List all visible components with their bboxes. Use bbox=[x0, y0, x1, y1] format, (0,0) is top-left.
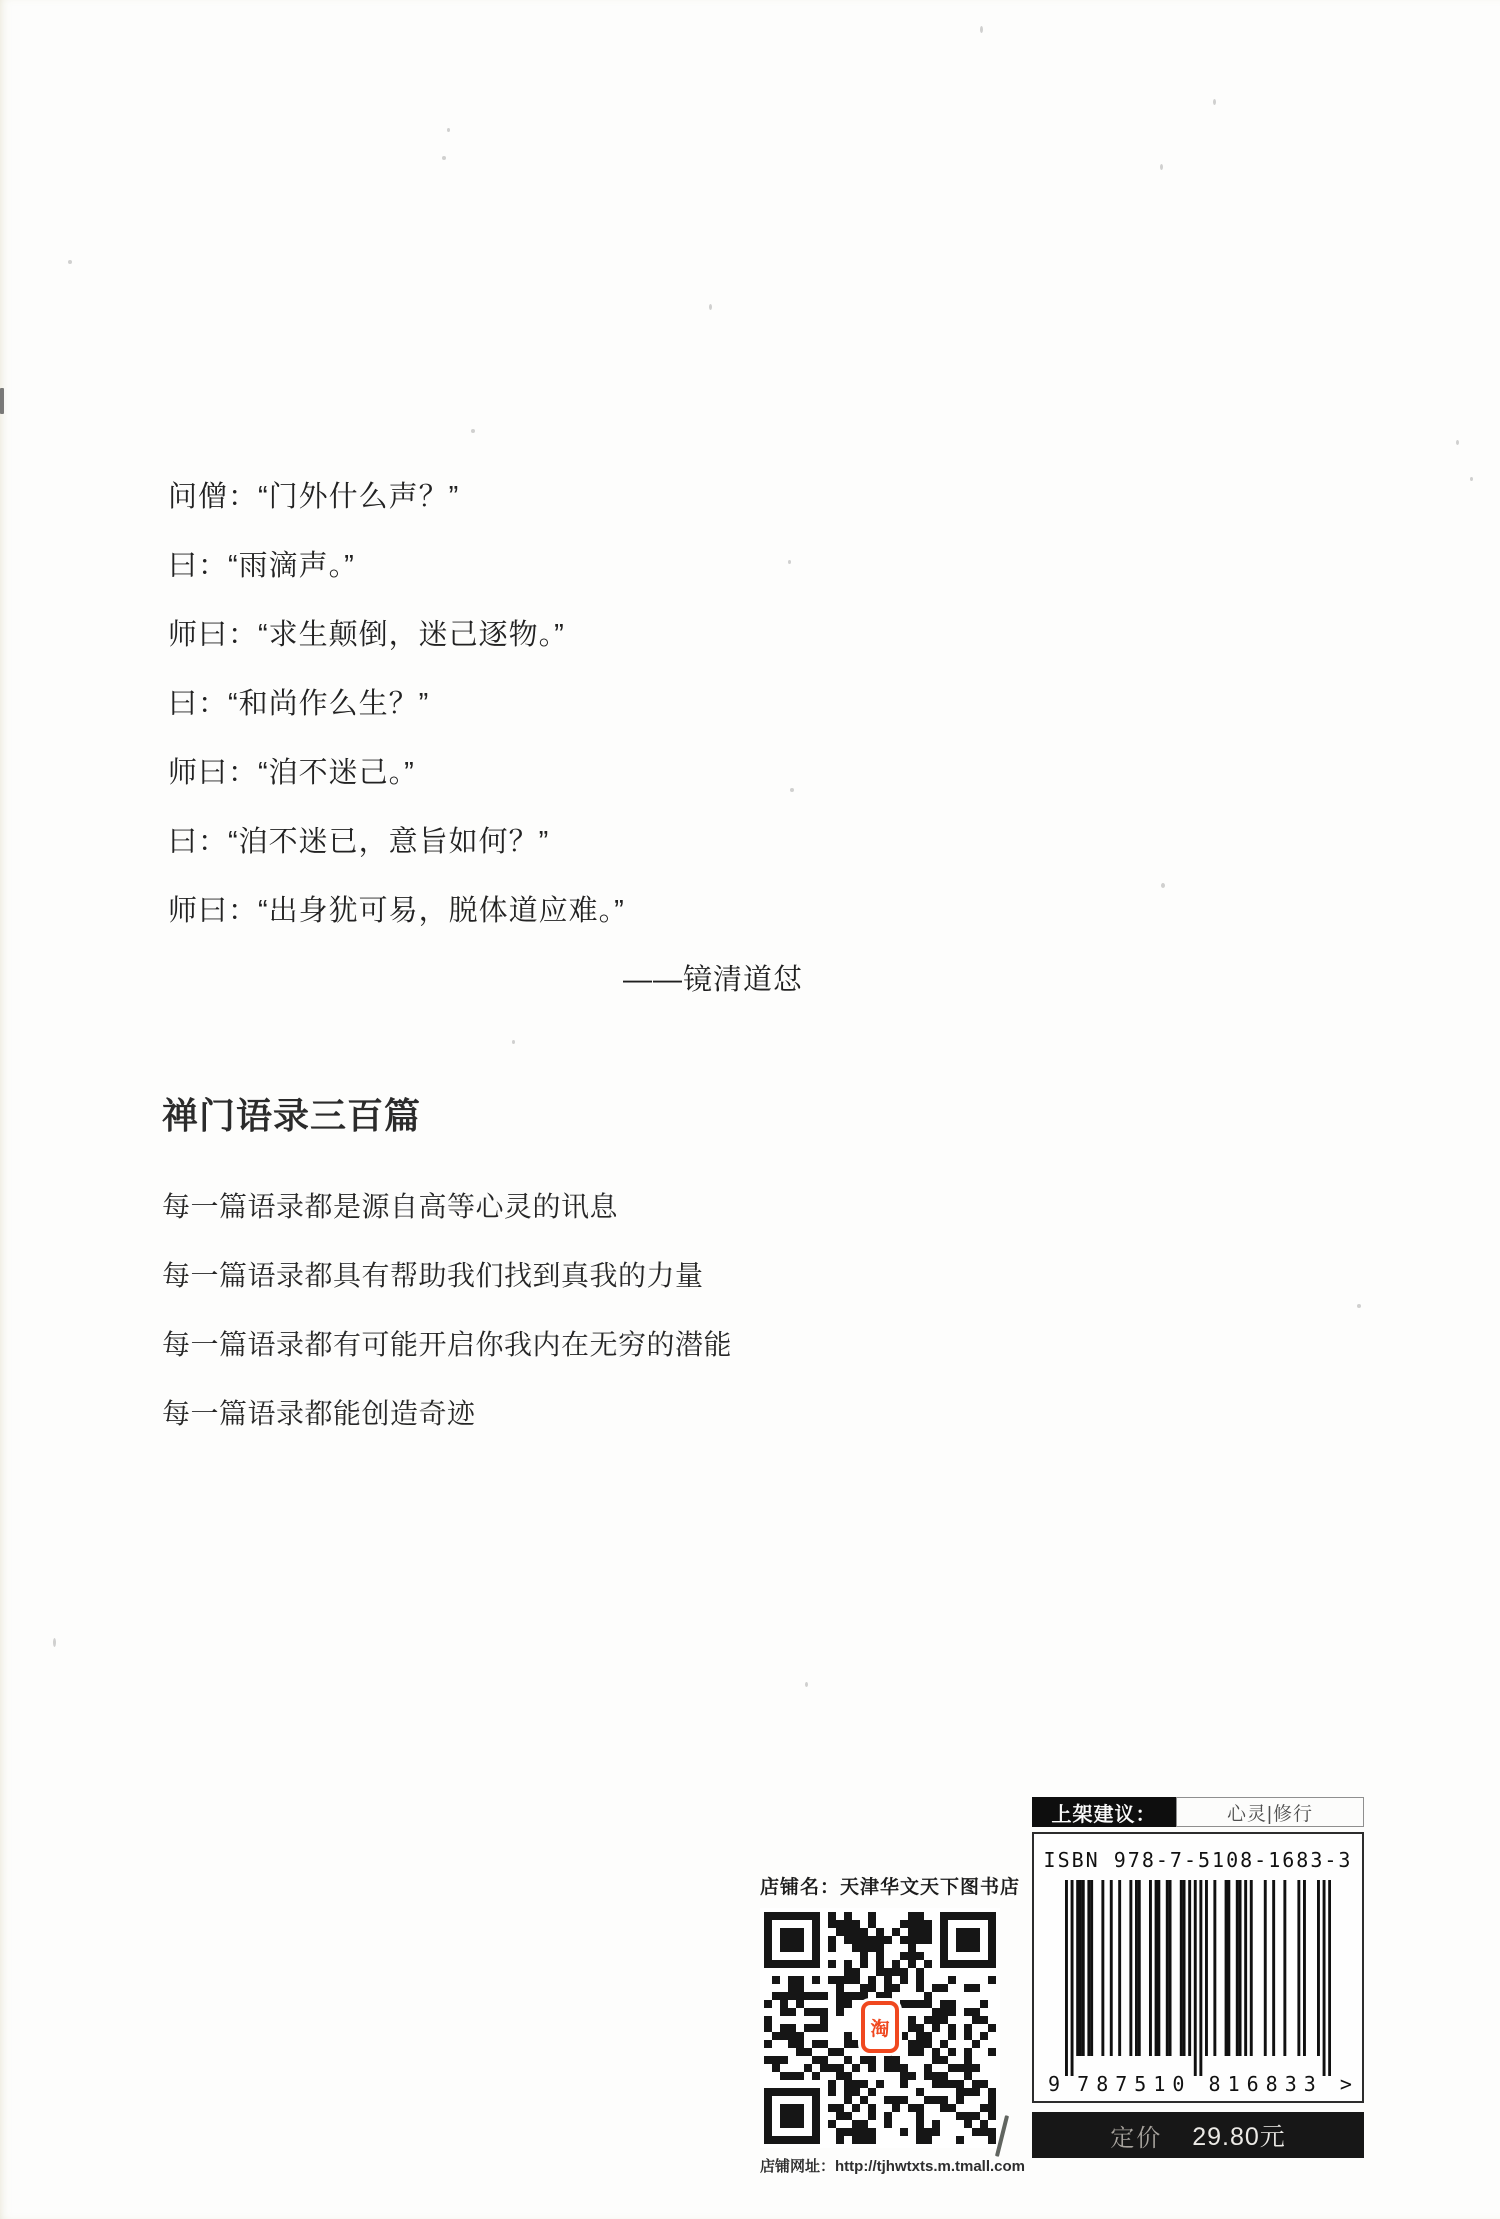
promo-line: 每一篇语录都是源自高等心灵的讯息 bbox=[162, 1190, 732, 1223]
barcode-digit-group: 816833 bbox=[1209, 2072, 1323, 2096]
barcode-digits: 9 787510 816833 > bbox=[1048, 2072, 1352, 2096]
dialogue-line: 曰：“洎不迷已，意旨如何？” bbox=[168, 825, 928, 859]
taobao-icon: 淘 bbox=[861, 2001, 899, 2053]
dialogue-line: 师曰：“出身犹可易，脱体道应难。” bbox=[168, 894, 928, 928]
qr-code: 淘 bbox=[760, 1908, 1000, 2148]
book-title: 禅门语录三百篇 bbox=[162, 1088, 421, 1139]
promo-line: 每一篇语录都能创造奇迹 bbox=[162, 1397, 732, 1430]
price-value: 29.80元 bbox=[1192, 2117, 1286, 2153]
promo-line: 每一篇语录都具有帮助我们找到真我的力量 bbox=[162, 1259, 732, 1292]
dialogue-line: 曰：“和尚作么生？” bbox=[168, 687, 928, 721]
promo-line: 每一篇语录都有可能开启你我内在无穷的潜能 bbox=[162, 1328, 732, 1361]
store-name: 店铺名：天津华文天下图书店 bbox=[760, 1872, 1004, 1899]
dialogue-line: 师曰：“求生颠倒，迷己逐物。” bbox=[168, 618, 928, 652]
shelf-advice-bar: 上架建议： 心灵|修行 bbox=[1032, 1797, 1364, 1827]
store-block: 店铺名：天津华文天下图书店 淘 店铺网址：http://tjhwtxts.m.t… bbox=[760, 1872, 1004, 2176]
dialogue-line: 问僧：“门外什么声？” bbox=[168, 480, 928, 514]
dialogue-line: 师曰：“洎不迷己。” bbox=[168, 756, 928, 790]
store-url: 店铺网址：http://tjhwtxts.m.tmall.com bbox=[760, 2155, 1004, 2176]
isbn-box: ISBN 978-7-5108-1683-3 9 787510 816833 > bbox=[1032, 1832, 1364, 2103]
dialogue-line: 曰：“雨滴声。” bbox=[168, 549, 928, 583]
shelf-advice-label: 上架建议： bbox=[1032, 1797, 1176, 1827]
book-back-cover: 问僧：“门外什么声？” 曰：“雨滴声。” 师曰：“求生颠倒，迷己逐物。” 曰：“… bbox=[0, 0, 1500, 2219]
price-label: 定价 bbox=[1110, 2118, 1162, 2153]
shelf-category: 心灵|修行 bbox=[1176, 1797, 1364, 1827]
barcode-digit-lead: 9 bbox=[1048, 2072, 1060, 2096]
barcode-digit-group: 787510 bbox=[1077, 2072, 1191, 2096]
ean13-barcode bbox=[1065, 1880, 1331, 2076]
isbn-number: ISBN 978-7-5108-1683-3 bbox=[1034, 1848, 1362, 1872]
zen-dialogue: 问僧：“门外什么声？” 曰：“雨滴声。” 师曰：“求生颠倒，迷己逐物。” 曰：“… bbox=[168, 480, 928, 1032]
retail-block: 上架建议： 心灵|修行 ISBN 978-7-5108-1683-3 9 787… bbox=[1032, 1797, 1364, 2158]
promo-lines: 每一篇语录都是源自高等心灵的讯息 每一篇语录都具有帮助我们找到真我的力量 每一篇… bbox=[162, 1190, 732, 1466]
taobao-glyph: 淘 bbox=[870, 2014, 889, 2041]
price-bar: 定价 29.80元 bbox=[1032, 2112, 1364, 2158]
barcode-digit-end: > bbox=[1340, 2072, 1352, 2096]
dialogue-attribution: ——镜清道怤 bbox=[168, 963, 928, 997]
